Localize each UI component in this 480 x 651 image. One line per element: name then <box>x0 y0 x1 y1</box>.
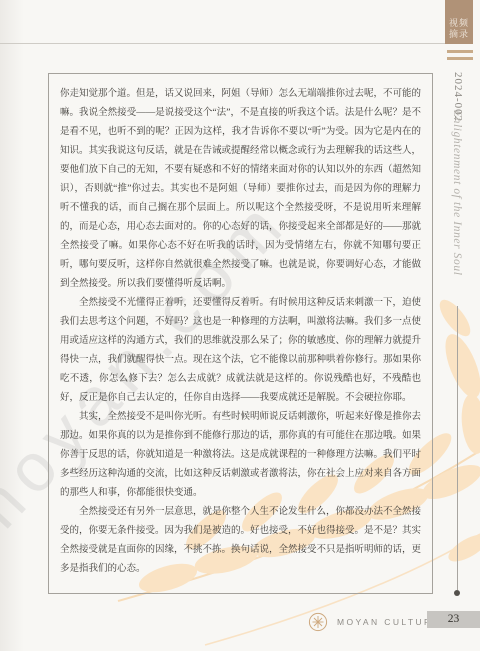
body-paragraph: 你走知觉那个道。但是，话又说回来，阿姐（导师）怎么无端端推你过去呢，不可能的嘛。… <box>60 85 421 294</box>
asterisk-seal-icon <box>308 612 328 632</box>
body-paragraph: 其实，全然接受不是叫你光听。有些时候明师说反话刺激你，听起来好像是推你去那边。如… <box>60 408 421 503</box>
publisher-wordmark: MOYAN CULTURE <box>337 617 441 627</box>
sidebar-rule-end-dot <box>454 590 460 596</box>
sidebar-dash-top <box>447 50 473 53</box>
body-paragraph: 全然接受不光懂得正着听，还要懂得反着听。有时候用这种反话来刺激一下，迫使我们去思… <box>60 294 421 408</box>
page-number-badge: 23 <box>427 611 480 628</box>
sidebar-chapter-tab: 视频 摘录 <box>445 0 473 44</box>
chapter-tab-label-line1: 视频 <box>449 18 469 29</box>
page-text-frame: 你走知觉那个道。但是，话又说回来，阿姐（导师）怎么无端端推你过去呢，不可能的嘛。… <box>48 73 433 594</box>
sidebar-vertical-rule <box>457 306 458 590</box>
header-divider <box>0 43 473 44</box>
chapter-tab-label-line2: 摘录 <box>449 29 469 40</box>
sidebar-series-title: Enlightenment of the Inner Soul <box>451 110 463 276</box>
sidebar-dash-bottom <box>447 57 473 60</box>
body-paragraph: 全然接受还有另外一层意思，就是你整个人生不论发生什么，你都没办法不全然接受的，你… <box>60 503 421 579</box>
